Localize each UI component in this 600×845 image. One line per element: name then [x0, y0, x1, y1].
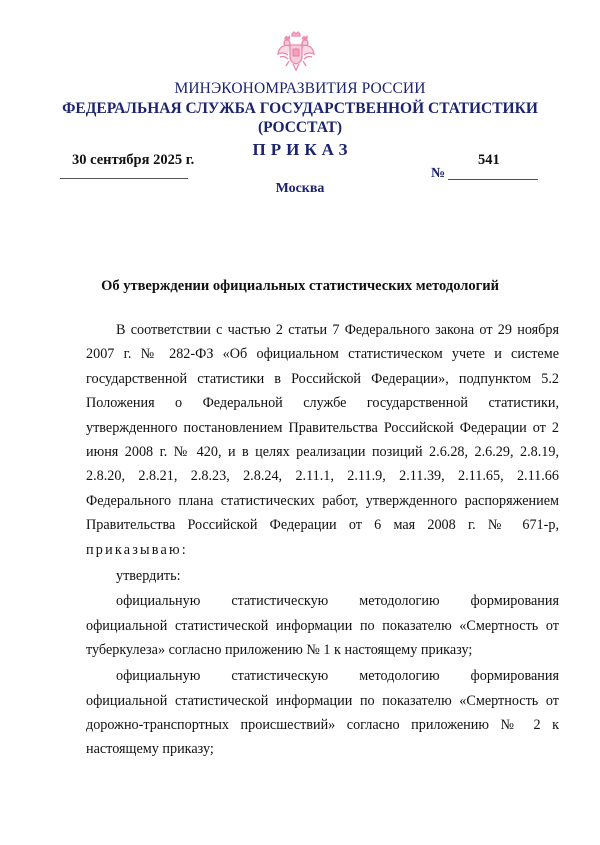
coat-of-arms-icon [276, 30, 316, 72]
date-underline [60, 178, 188, 179]
agency-name-line1: ФЕДЕРАЛЬНАЯ СЛУЖБА ГОСУДАРСТВЕННОЙ СТАТИ… [0, 99, 600, 118]
approval-item-2: официальную статистическую методологию ф… [86, 664, 559, 762]
order-date: 30 сентября 2025 г. [72, 152, 194, 169]
order-subject: Об утверждении официальных статистически… [0, 278, 600, 295]
agency-name: ФЕДЕРАЛЬНАЯ СЛУЖБА ГОСУДАРСТВЕННОЙ СТАТИ… [0, 99, 600, 137]
preamble-paragraph: В соответствии с частью 2 статьи 7 Федер… [86, 318, 559, 562]
number-underline [448, 179, 538, 180]
approval-item-1: официальную статистическую методологию ф… [86, 589, 559, 662]
preamble-text: В соответствии с частью 2 статьи 7 Федер… [86, 322, 559, 533]
approve-paragraph: утвердить: [86, 564, 559, 588]
agency-name-line2: (РОССТАТ) [0, 118, 600, 137]
order-number: 541 [478, 152, 500, 169]
number-sign: № [431, 166, 445, 182]
city: Москва [0, 181, 600, 197]
order-word: приказываю: [86, 542, 188, 558]
order-body: В соответствии с частью 2 статьи 7 Федер… [86, 318, 559, 763]
ministry-name: МИНЭКОНОМРАЗВИТИЯ РОССИИ [0, 80, 600, 98]
